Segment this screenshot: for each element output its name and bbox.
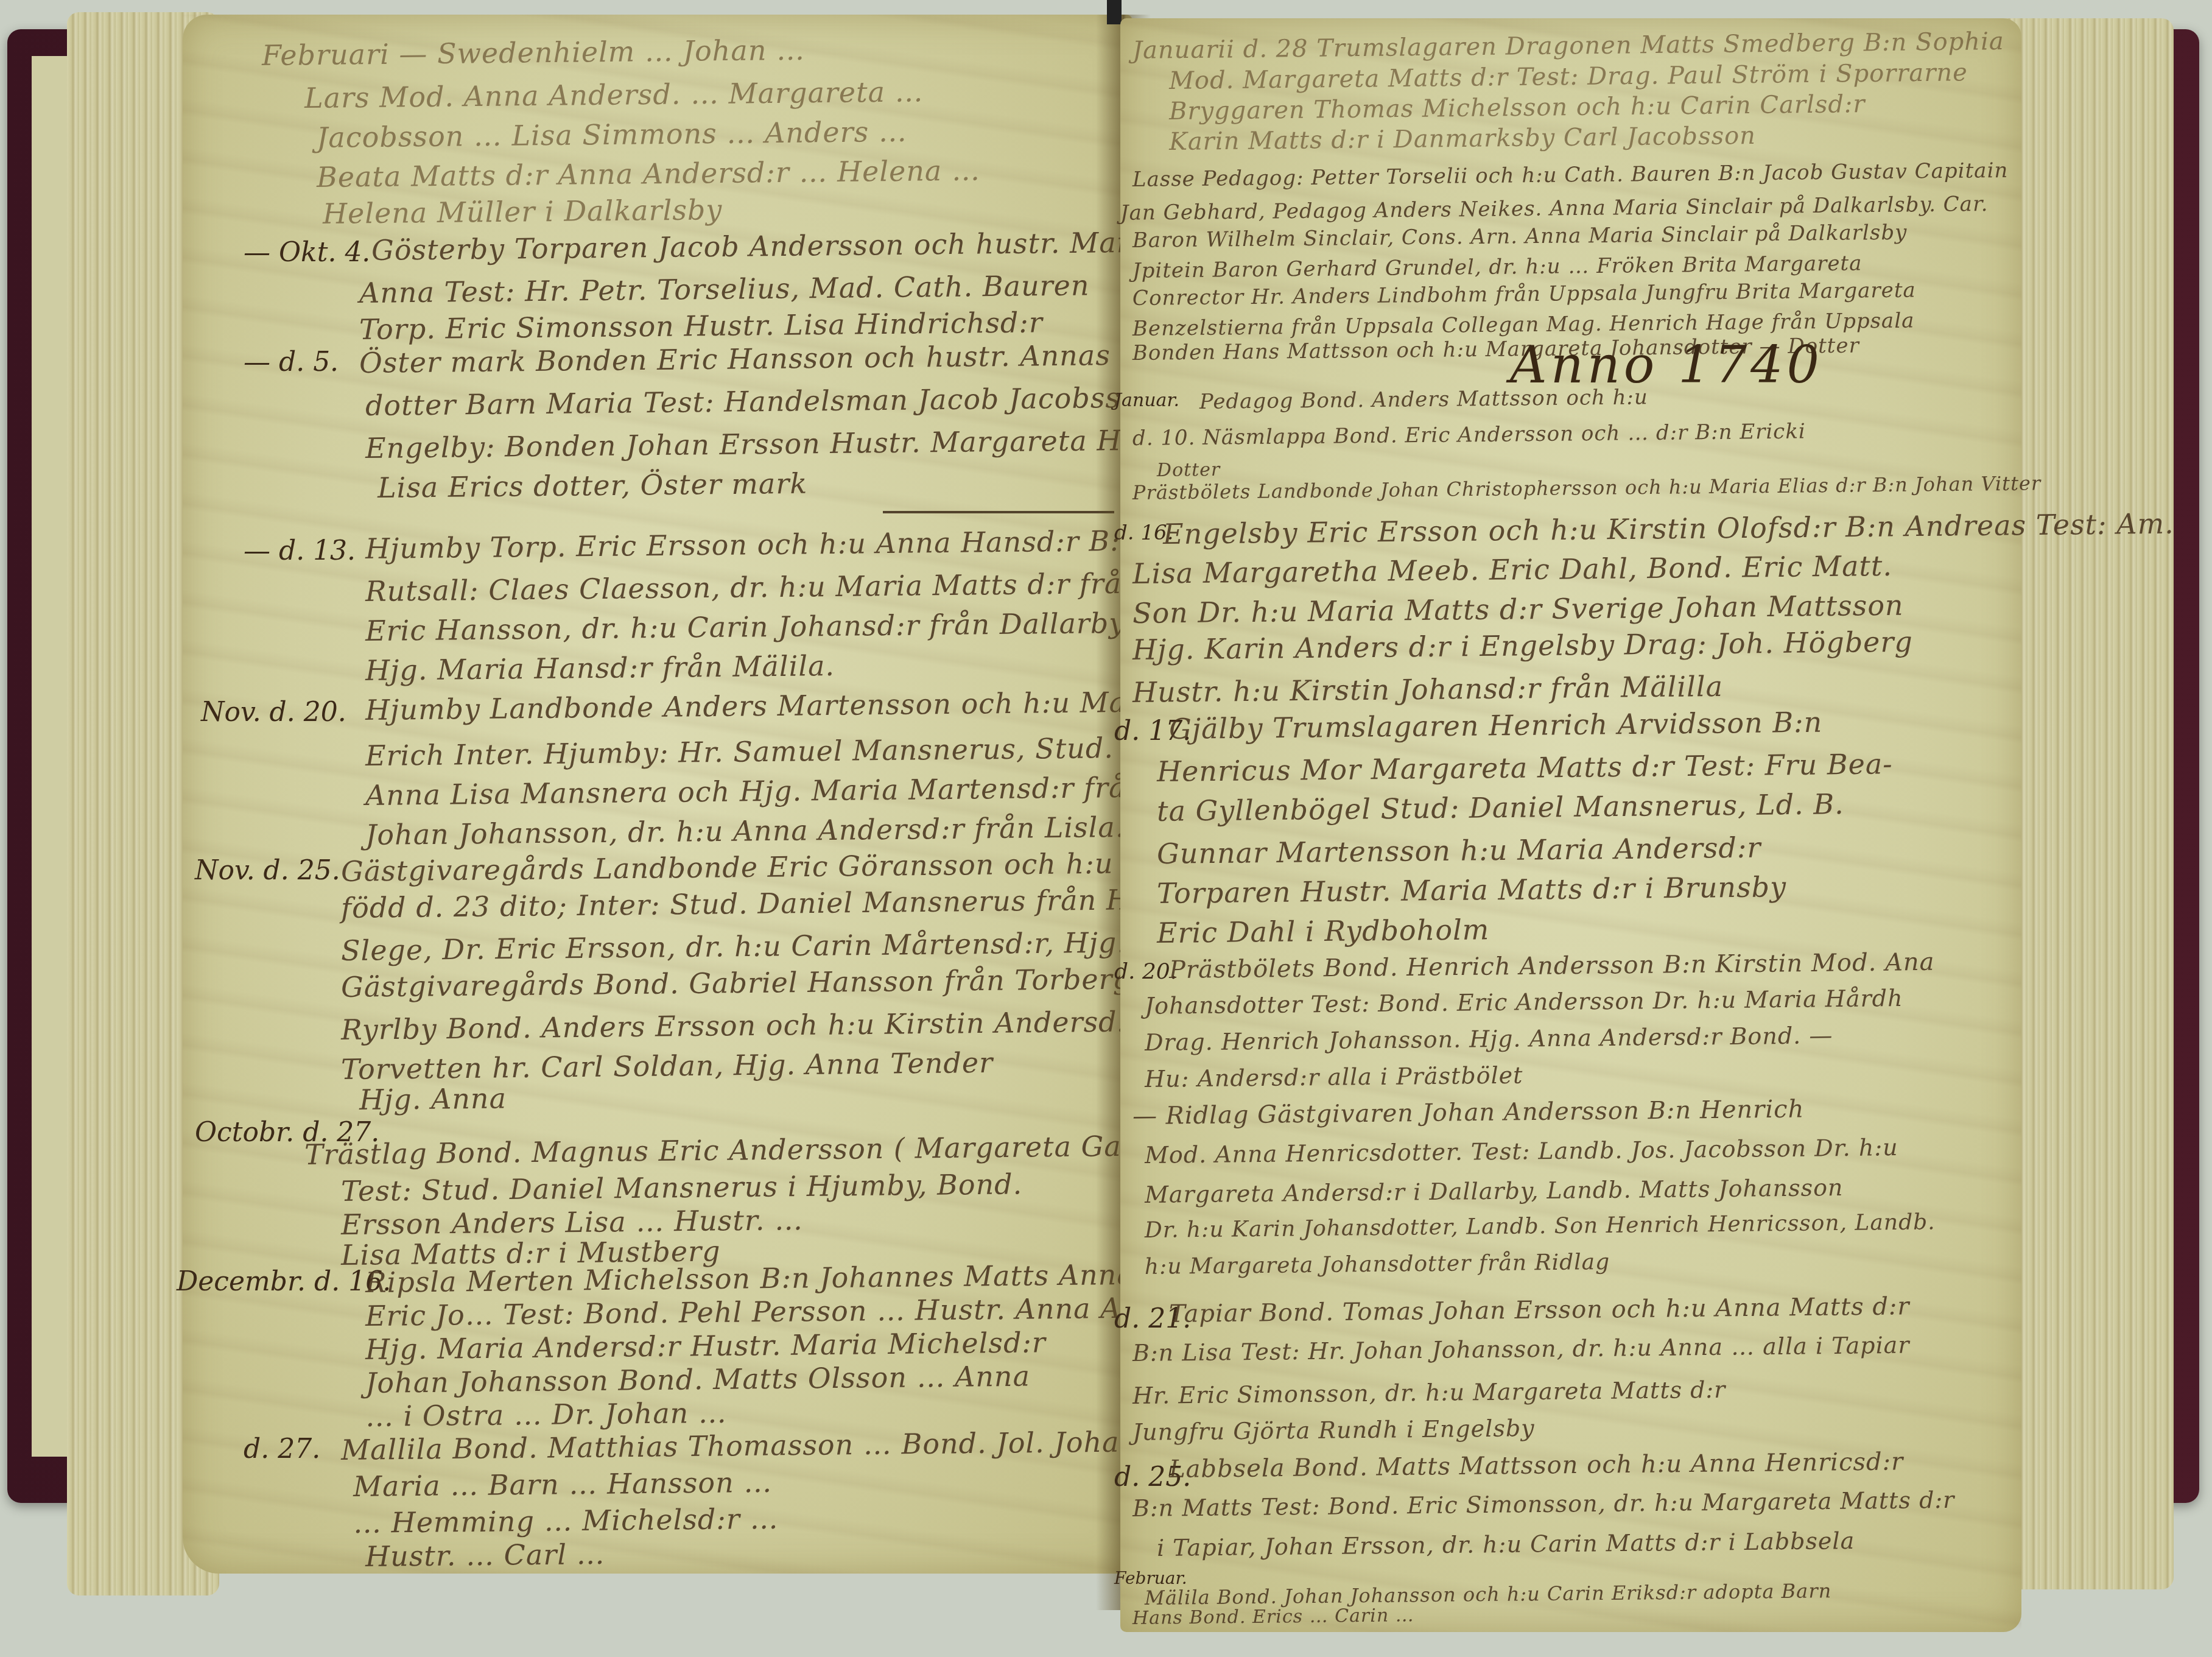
- entry-line: född d. 23 dito; Inter: Stud. Daniel Man…: [341, 882, 1221, 924]
- header-line: Beata Matts d:r Anna Andersd:r … Helena …: [317, 154, 981, 194]
- entry-line: Labbsela Bond. Matts Mattsson och h:u An…: [1169, 1448, 1904, 1483]
- entry-line: Tapiar Bond. Tomas Johan Ersson och h:u …: [1169, 1292, 1910, 1328]
- header-line: Januarii d. 28 Trumslagaren Dragonen Mat…: [1132, 27, 2004, 65]
- entry-line: Hu: Andersd:r alla i Prästbölet: [1145, 1061, 1523, 1092]
- entry-line: h:u Margareta Johansdotter från Ridlag: [1145, 1250, 1610, 1279]
- entry-line: Son Dr. h:u Maria Matts d:r Sverige Joha…: [1132, 589, 1904, 630]
- entry-line: Dr. h:u Karin Johansdotter, Landb. Son H…: [1145, 1209, 1936, 1243]
- entry-date: Decembr. d. 16.: [177, 1266, 391, 1297]
- left-page: Februari — Swedenhielm … Johan … Lars Mo…: [183, 15, 1132, 1574]
- right-page-text: Januarii d. 28 Trumslagaren Dragonen Mat…: [1120, 18, 2021, 1632]
- header-line: Lasse Pedagog: Petter Torselii och h:u C…: [1132, 158, 2009, 192]
- entry-line: Hans Bond. Erics … Carin …: [1132, 1605, 1414, 1629]
- entry-line: Gjälby Trumslagaren Henrich Arvidsson B:…: [1169, 706, 1823, 745]
- page-clip: [1107, 0, 1122, 24]
- entry-date: — d. 5.: [244, 347, 339, 378]
- entry-date: Nov. d. 20.: [201, 697, 346, 728]
- entry-line: Öster mark Bonden Eric Hansson och hustr…: [359, 339, 1111, 379]
- entry-date: Februar.: [1114, 1568, 1187, 1588]
- header-line: Jpitein Baron Gerhard Grundel, dr. h:u ……: [1132, 251, 1863, 283]
- entry-line: Hr. Eric Simonsson, dr. h:u Margareta Ma…: [1132, 1376, 1726, 1409]
- entry-line: Hjg. Maria Hansd:r från Mälila.: [365, 649, 835, 687]
- entry-line: Johansdotter Test: Bond. Eric Andersson …: [1145, 985, 1903, 1019]
- header-line: Helena Müller i Dalkarlsby: [323, 193, 723, 230]
- entry-line: Dotter: [1157, 459, 1221, 481]
- header-line: Lars Mod. Anna Andersd. … Margareta …: [304, 75, 924, 114]
- entry-line: Drag. Henrich Johansson. Hjg. Anna Ander…: [1145, 1022, 1833, 1056]
- entry-line: Johan Johansson Bond. Matts Olsson … Ann…: [365, 1360, 1031, 1399]
- entry-line: … Hemming … Michelsd:r …: [353, 1502, 779, 1539]
- entry-line: — Ridlag Gästgivaren Johan Andersson B:n…: [1132, 1095, 1805, 1130]
- entry-line: B:n Lisa Test: Hr. Johan Johansson, dr. …: [1132, 1332, 1910, 1367]
- entry-line: Gästgivaregårds Bond. Gabriel Hansson fr…: [341, 962, 1176, 1004]
- entry-line: Mälila Bond. Johan Johansson och h:u Car…: [1145, 1579, 1832, 1610]
- header-line: Februari — Swedenhielm … Johan …: [262, 33, 806, 72]
- entry-line: Mod. Anna Henricsdotter. Test: Landb. Jo…: [1145, 1134, 1898, 1169]
- entry-line: Prästbölets Bond. Henrich Andersson B:n …: [1169, 948, 1935, 984]
- entry-line: Test: Stud. Daniel Mansnerus i Hjumby, B…: [341, 1167, 1023, 1208]
- entry-line: Torvetten hr. Carl Soldan, Hjg. Anna Ten…: [341, 1046, 994, 1086]
- header-line: Karin Matts d:r i Danmarksby Carl Jacobs…: [1169, 122, 1756, 156]
- entry-date: d. 20.: [1114, 959, 1177, 984]
- entry-line: Johan Johansson, dr. h:u Anna Andersd:r …: [365, 811, 1125, 851]
- entry-line: ta Gyllenbögel Stud: Daniel Mansnerus, L…: [1157, 787, 1844, 828]
- entry-line: Anna Test: Hr. Petr. Torselius, Mad. Cat…: [359, 269, 1090, 309]
- entry-line: Lisa Margaretha Meeb. Eric Dahl, Bond. E…: [1132, 549, 1893, 590]
- entry-date: Nov. d. 25.: [195, 855, 340, 886]
- entry-line: … i Ostra … Dr. Johan …: [365, 1396, 727, 1433]
- entry-line: Pedagog Bond. Anders Mattsson och h:u: [1199, 385, 1648, 414]
- entry-line: dotter Barn Maria Test: Handelsman Jacob…: [365, 381, 1157, 422]
- entry-line: Hustr. … Carl …: [365, 1538, 605, 1573]
- entry-line: Hjg. Karin Anders d:r i Engelsby Drag: J…: [1132, 625, 1913, 666]
- entry-line: Ersson Anders Lisa … Hustr. …: [341, 1203, 804, 1241]
- entry-line: Prästbölets Landbonde Johan Christophers…: [1132, 471, 2042, 504]
- header-line: Conrector Hr. Anders Lindbohm från Uppsa…: [1132, 278, 1916, 311]
- entry-line: i Tapiar, Johan Ersson, dr. h:u Carin Ma…: [1157, 1527, 1855, 1561]
- entry-line: Gunnar Martensson h:u Maria Andersd:r: [1157, 831, 1761, 870]
- header-line: Baron Wilhelm Sinclair, Cons. Arn. Anna …: [1132, 220, 1908, 253]
- entry-line: Maria … Barn … Hansson …: [353, 1466, 773, 1503]
- entry-line: Lisa Erics dotter, Öster mark: [377, 467, 808, 504]
- header-line: Bryggaren Thomas Michelsson och h:u Cari…: [1169, 90, 1866, 125]
- entry-line: Eric Dahl i Rydboholm: [1157, 913, 1490, 949]
- entry-divider: [883, 511, 1114, 513]
- entry-line: Hustr. h:u Kirstin Johansd:r från Mälill…: [1132, 670, 1723, 709]
- entry-date: — d. 13.: [244, 535, 356, 566]
- header-line: Mod. Margareta Matts d:r Test: Drag. Pau…: [1169, 58, 1968, 95]
- left-page-text: Februari — Swedenhielm … Johan … Lars Mo…: [183, 15, 1132, 1574]
- right-page: Januarii d. 28 Trumslagaren Dragonen Mat…: [1120, 18, 2021, 1632]
- entry-line: Margareta Andersd:r i Dallarby, Landb. M…: [1145, 1174, 1844, 1208]
- entry-date: — Okt. 4.: [244, 237, 370, 268]
- entry-line: Hjg. Anna: [359, 1082, 507, 1116]
- header-line: Jacobsson … Lisa Simmons … Anders …: [317, 115, 907, 154]
- entry-line: Henricus Mor Margareta Matts d:r Test: F…: [1157, 747, 1893, 788]
- entry-line: Jungfru Gjörta Rundh i Engelsby: [1132, 1415, 1535, 1446]
- entry-date: Januar.: [1114, 390, 1179, 411]
- entry-line: d. 10. Näsmlappa Bond. Eric Andersson oc…: [1132, 419, 1806, 451]
- entry-line: Torparen Hustr. Maria Matts d:r i Brunsb…: [1157, 870, 1787, 910]
- entry-date: d. 27.: [244, 1434, 320, 1465]
- entry-line: B:n Matts Test: Bond. Eric Simonsson, dr…: [1132, 1486, 1955, 1522]
